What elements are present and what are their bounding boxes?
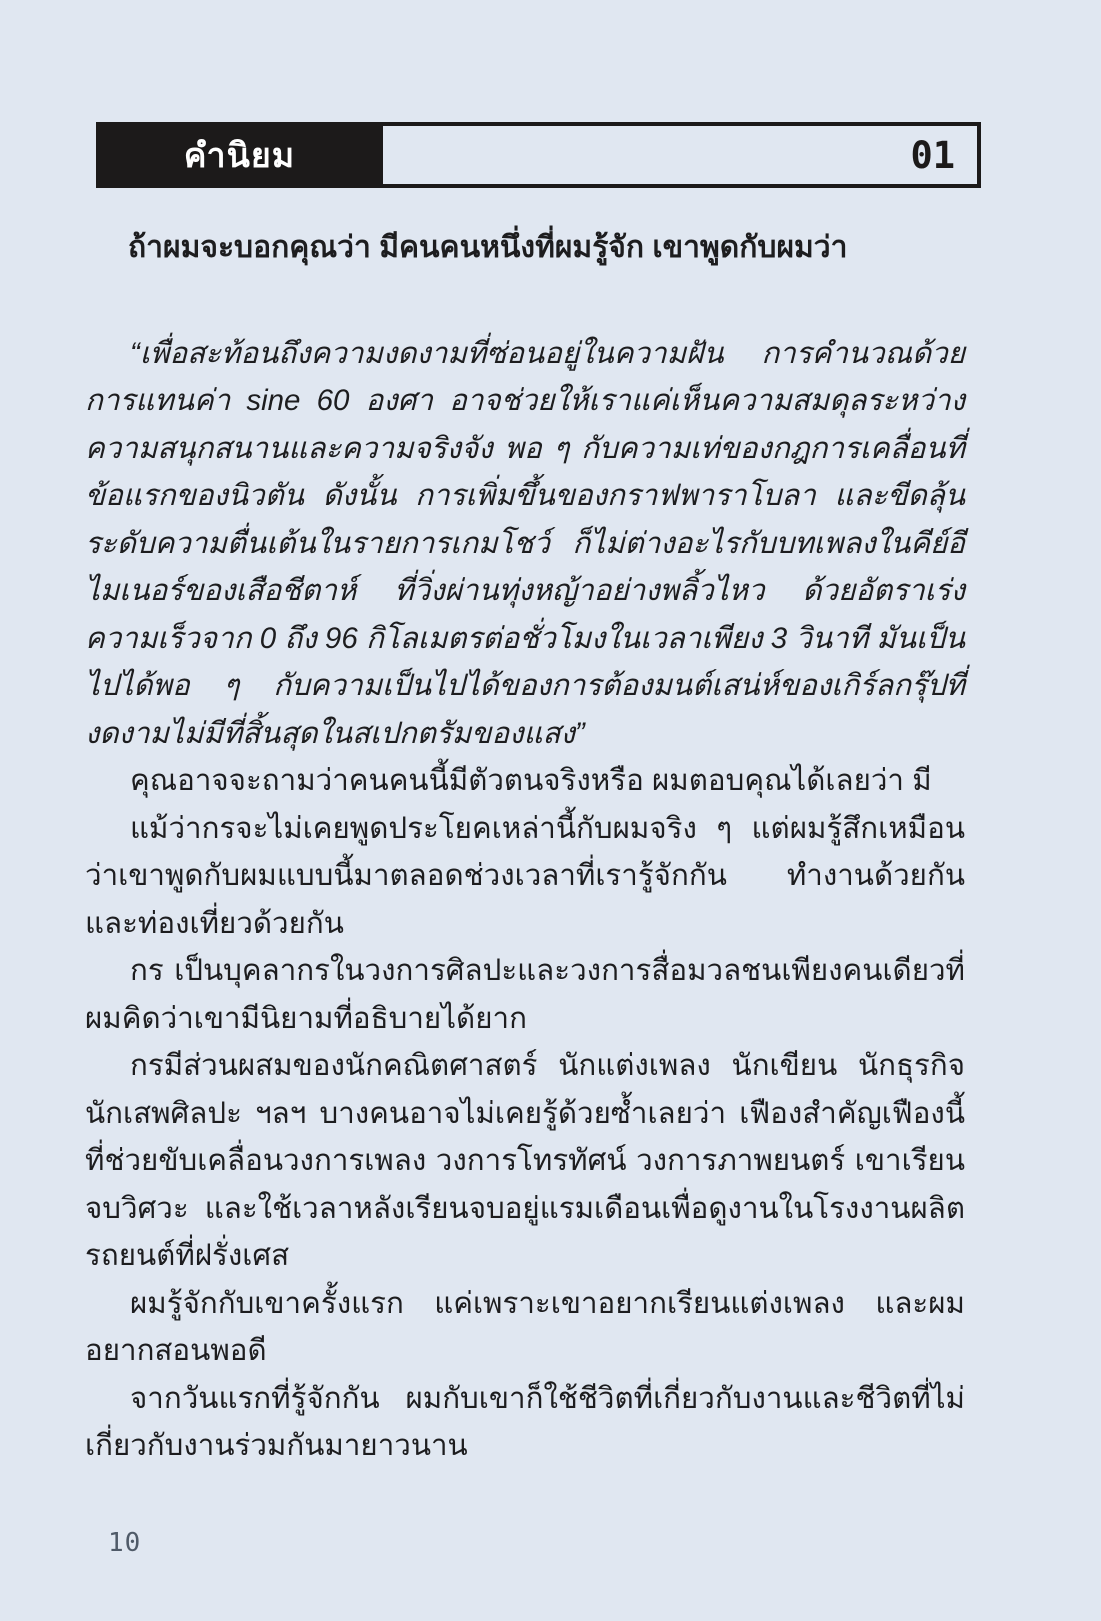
paragraph: จากวันแรกที่รู้จักกัน ผมกับเขาก็ใช้ชีวิต… (85, 1375, 965, 1470)
chapter-number: 01 (910, 137, 955, 174)
paragraph: ผมรู้จักกับเขาครั้งแรก แค่เพราะเขาอยากเร… (85, 1280, 965, 1375)
chapter-title: คำนิยม (184, 128, 295, 182)
paragraph: กรมีส่วนผสมของนักคณิตศาสตร์ นักแต่งเพลง … (85, 1042, 965, 1280)
paragraph: แม้ว่ากรจะไม่เคยพูดประโยคเหล่านี้กับผมจร… (85, 805, 965, 948)
intro-line: ถ้าผมจะบอกคุณว่า มีคนคนหนึ่งที่ผมรู้จัก … (85, 224, 965, 272)
paragraph: กร เป็นบุคลากรในวงการศิลปะและวงการสื่อมว… (85, 947, 965, 1042)
chapter-header-rest: 01 (383, 126, 977, 184)
quote-paragraph: “เพื่อสะท้อนถึงความงดงามที่ซ่อนอยู่ในควา… (85, 330, 965, 758)
paragraph: คุณอาจจะถามว่าคนคนนี้มีตัวตนจริงหรือ ผมต… (85, 757, 965, 805)
page-content: ถ้าผมจะบอกคุณว่า มีคนคนหนึ่งที่ผมรู้จัก … (85, 224, 965, 1470)
book-page: { "colors": { "page_background": "#e0e7f… (0, 0, 1101, 1621)
chapter-title-tab: คำนิยม (96, 122, 383, 188)
page-number: 10 (108, 1528, 141, 1558)
chapter-header-bar: คำนิยม 01 (96, 122, 981, 188)
